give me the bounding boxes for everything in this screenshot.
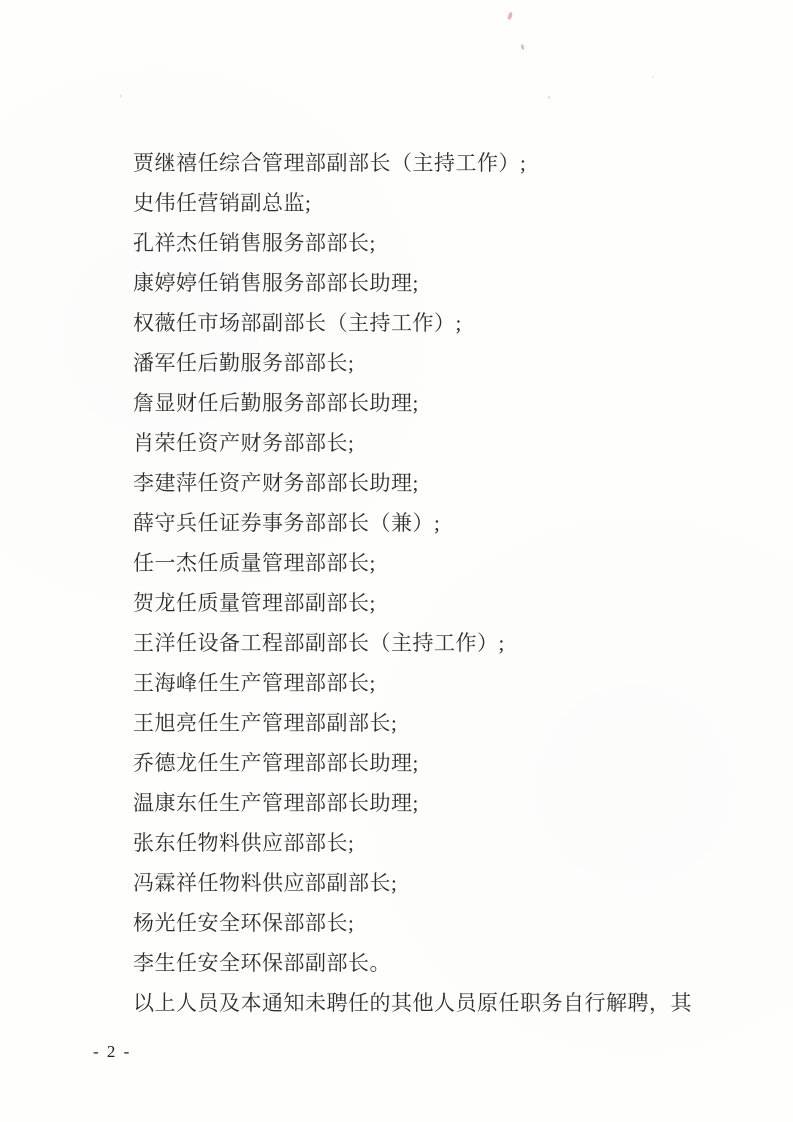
appointment-line: 肖荣任资产财务部部长; (133, 423, 733, 463)
appointment-line: 潘军任后勤服务部部长; (133, 343, 733, 383)
scan-artifact (548, 96, 550, 99)
closing-paragraph: 以上人员及本通知未聘任的其他人员原任职务自行解聘，其 (133, 983, 733, 1023)
appointment-line: 康婷婷任销售服务部部长助理; (133, 263, 733, 303)
appointment-line: 薛守兵任证券事务部部长（兼）; (133, 503, 733, 543)
appointment-line: 权薇任市场部副部长（主持工作）; (133, 303, 733, 343)
appointment-line: 史伟任营销副总监; (133, 183, 733, 223)
page-number: - 2 - (93, 1042, 131, 1062)
scan-artifact (507, 12, 513, 21)
appointment-line: 温康东任生产管理部部长助理; (133, 783, 733, 823)
document-body: 贾继禧任综合管理部副部长（主持工作）; 史伟任营销副总监; 孔祥杰任销售服务部部… (133, 143, 733, 1023)
appointment-line: 贺龙任质量管理部副部长; (133, 583, 733, 623)
appointment-line: 孔祥杰任销售服务部部长; (133, 223, 733, 263)
appointment-line: 王海峰任生产管理部部长; (133, 663, 733, 703)
appointment-line: 王旭亮任生产管理部副部长; (133, 703, 733, 743)
appointment-line: 乔德龙任生产管理部部长助理; (133, 743, 733, 783)
appointment-line: 张东任物料供应部部长; (133, 823, 733, 863)
document-page: 贾继禧任综合管理部副部长（主持工作）; 史伟任营销副总监; 孔祥杰任销售服务部部… (0, 0, 793, 1122)
scan-artifact (120, 95, 122, 97)
scan-artifact (652, 76, 654, 78)
appointment-line: 贾继禧任综合管理部副部长（主持工作）; (133, 143, 733, 183)
appointment-line: 詹显财任后勤服务部部长助理; (133, 383, 733, 423)
scan-artifact (520, 44, 524, 51)
appointment-line: 任一杰任质量管理部部长; (133, 543, 733, 583)
appointment-line: 李生任安全环保部副部长。 (133, 943, 733, 983)
appointment-line: 杨光任安全环保部部长; (133, 903, 733, 943)
appointment-line: 冯霖祥任物料供应部副部长; (133, 863, 733, 903)
appointment-line: 李建萍任资产财务部部长助理; (133, 463, 733, 503)
appointment-line: 王洋任设备工程部副部长（主持工作）; (133, 623, 733, 663)
